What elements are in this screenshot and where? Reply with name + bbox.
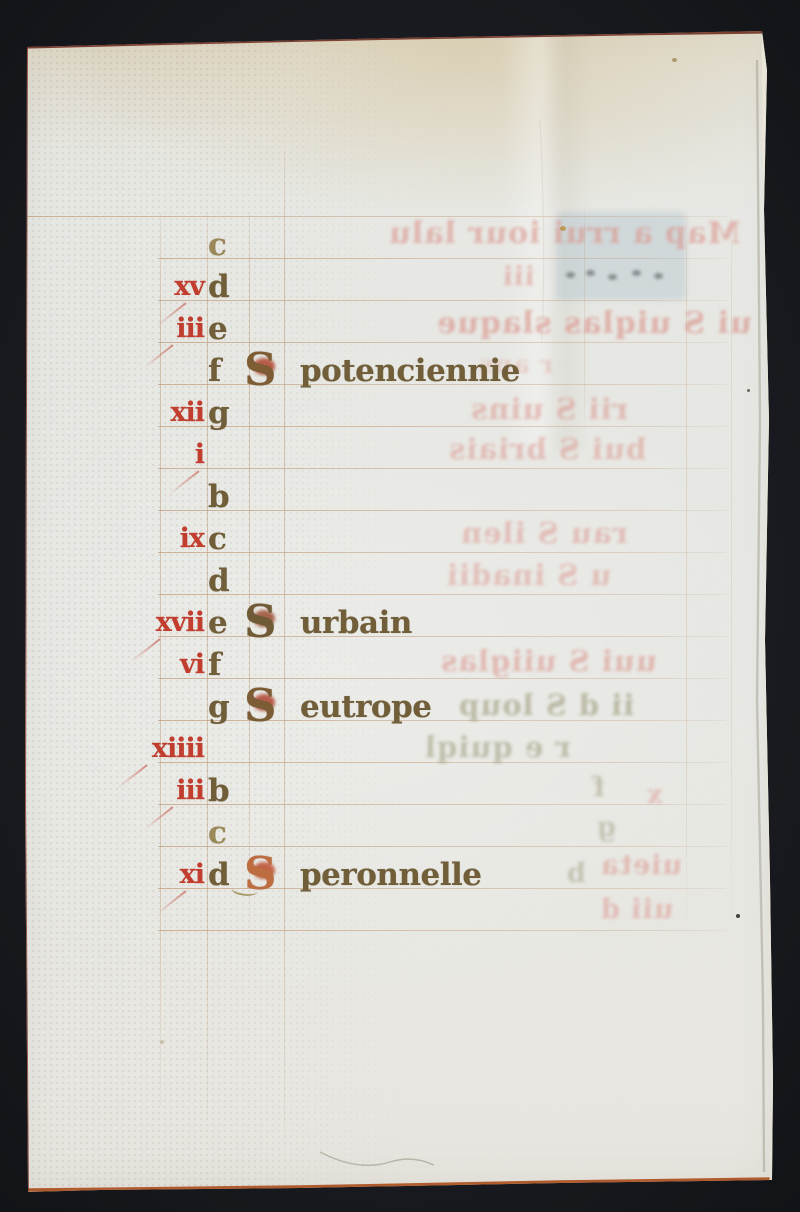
- leaf-inner-shadow: [0, 0, 800, 1212]
- manuscript-leaf: Map a rrui iour laluiiiui S uiqlas slaqu…: [0, 0, 800, 1212]
